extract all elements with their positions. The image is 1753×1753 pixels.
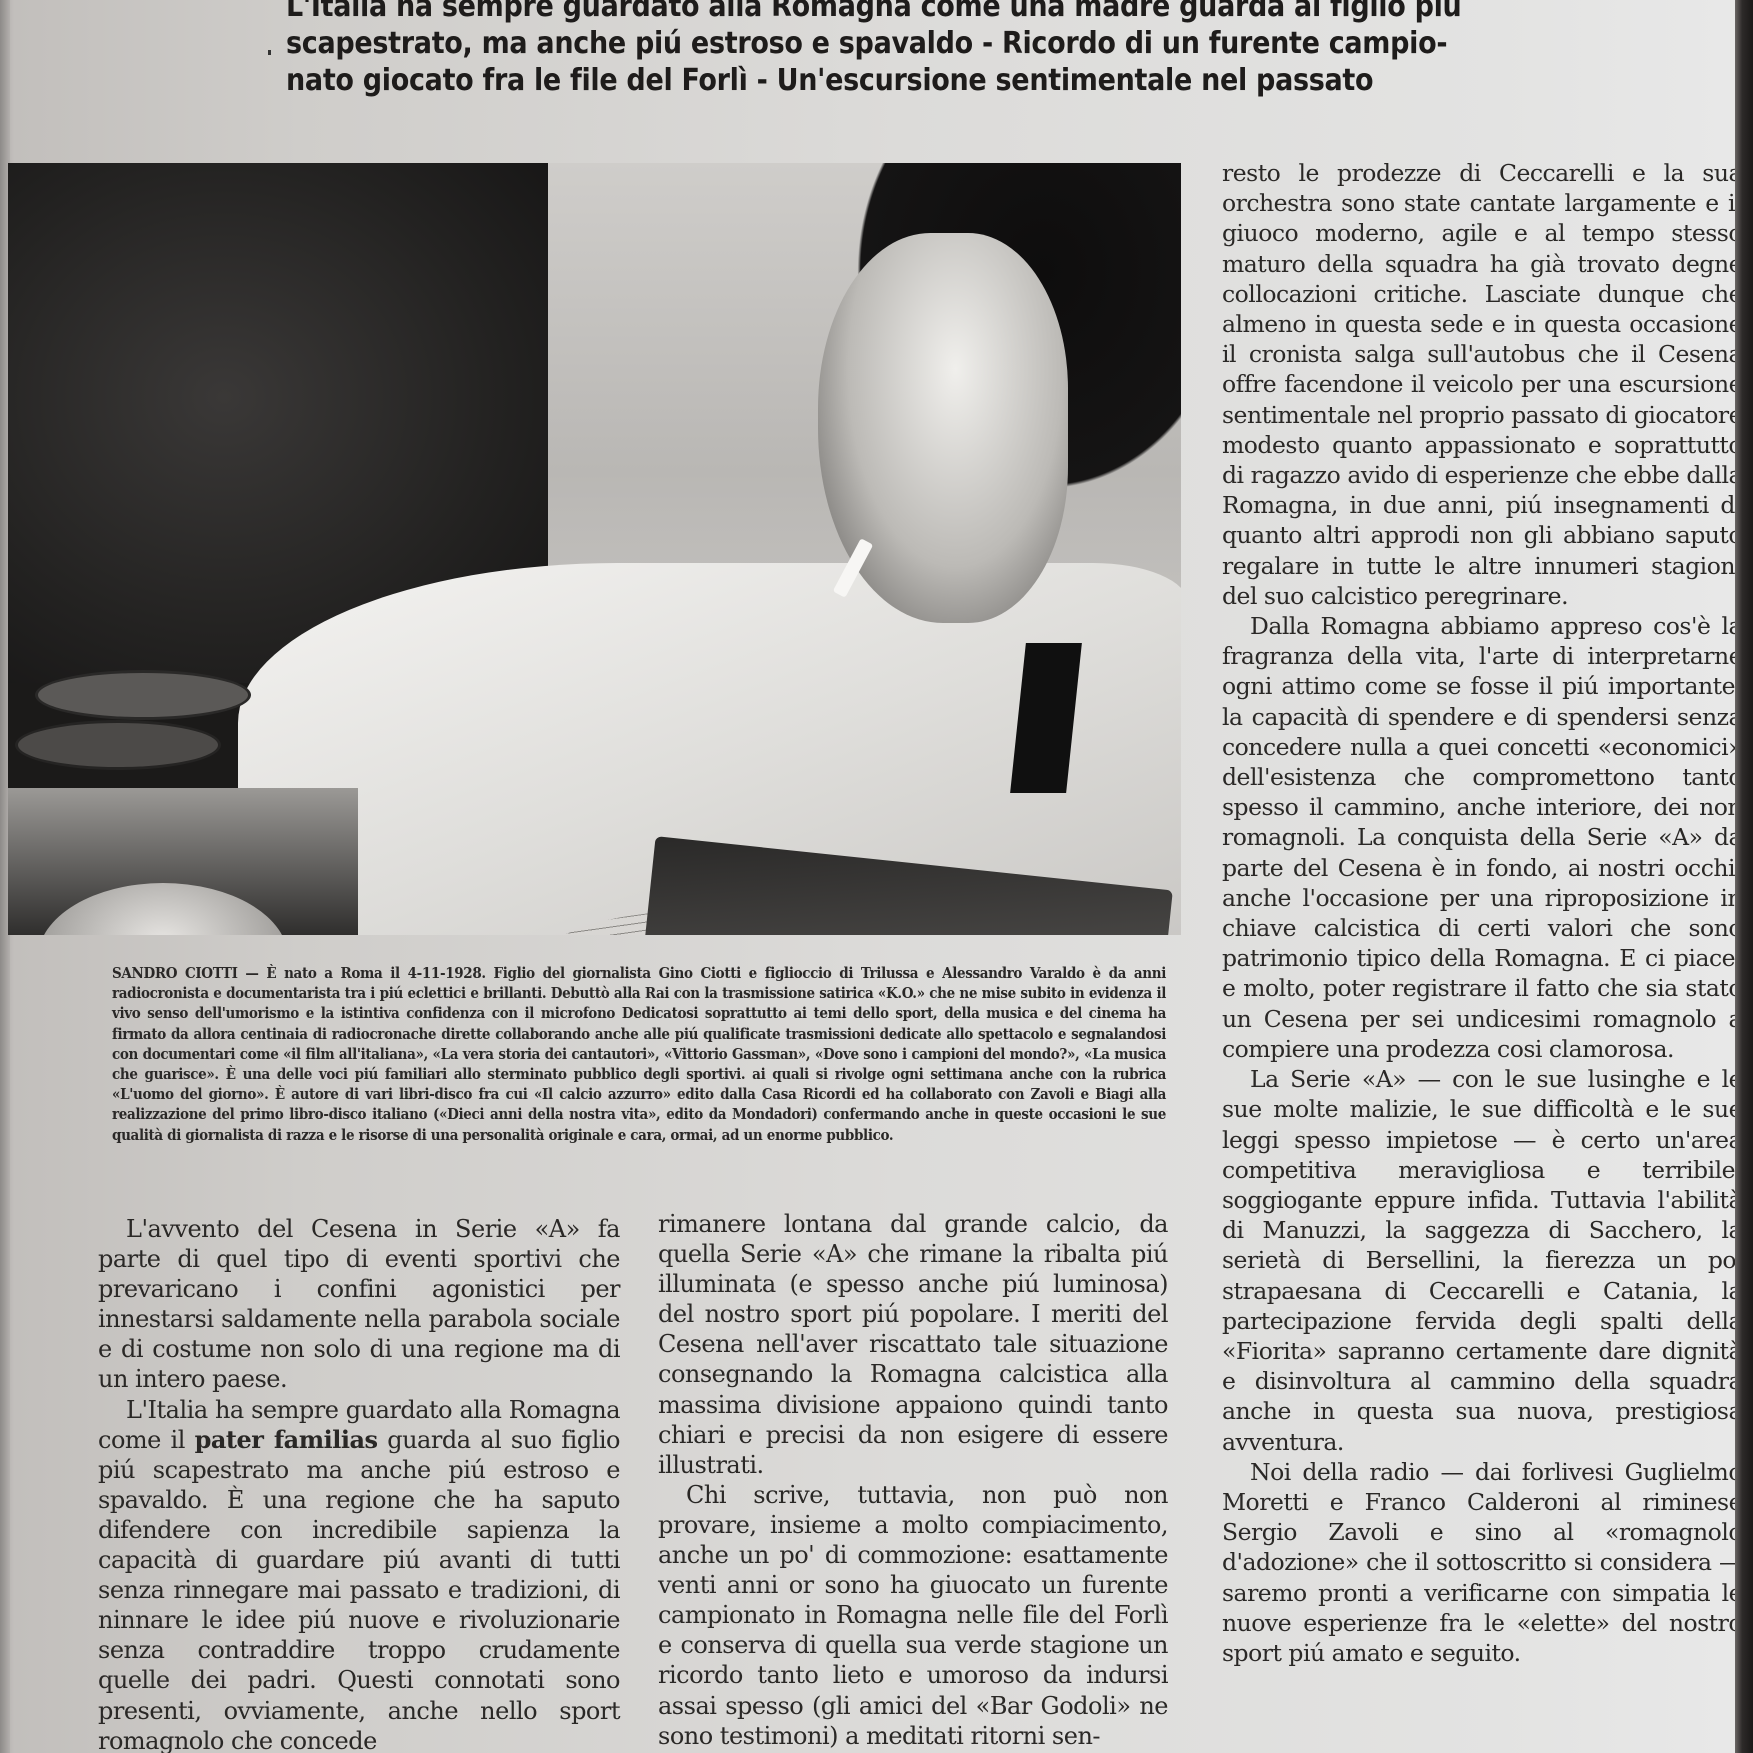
paragraph: Chi scrive, tuttavia, non può non provar… [658, 1480, 1168, 1751]
paragraph: Dalla Romagna abbiamo appreso cos'è la f… [1222, 611, 1742, 1064]
paragraph: resto le prodezze di Ceccarelli e la sua… [1222, 158, 1742, 611]
paragraph: Noi della radio — dai forlivesi Guglielm… [1222, 1457, 1742, 1668]
tape-reel-icon [18, 723, 218, 767]
article-column-2: rimanere lontana dal grande calcio, da q… [658, 1209, 1168, 1751]
paragraph-text: guarda al suo figlio piú scapestrato ma … [98, 1426, 620, 1753]
article-photo [8, 163, 1181, 935]
magazine-page: L'Italia ha sempre guardato alla Romagna… [0, 0, 1735, 1753]
caption-name: SANDRO CIOTTI [112, 964, 238, 982]
print-mark [268, 50, 271, 55]
paragraph: L'Italia ha sempre guardato alla Romagna… [98, 1395, 620, 1753]
photo-caption: SANDRO CIOTTI — È nato a Roma il 4-11-19… [112, 963, 1166, 1145]
article-column-1: L'avvento del Cesena in Serie «A» fa par… [98, 1214, 620, 1753]
tape-reel-icon [38, 673, 248, 717]
article-column-3: resto le prodezze di Ceccarelli e la sua… [1222, 158, 1742, 1668]
headline-line-2: scapestrato, ma anche piú estroso e spav… [286, 25, 1548, 62]
paragraph: rimanere lontana dal grande calcio, da q… [658, 1209, 1168, 1480]
paragraph: L'avvento del Cesena in Serie «A» fa par… [98, 1214, 620, 1395]
emphasis-pater-familias: pater familias [195, 1425, 378, 1454]
page-edge-shadow [1735, 0, 1753, 1753]
headline-line-1: L'Italia ha sempre guardato alla Romagna… [286, 0, 1548, 25]
caption-text: — È nato a Roma il 4-11-1928. Figlio del… [112, 964, 1166, 1144]
headline-line-3: nato giocato fra le file del Forlì - Un'… [286, 62, 1548, 99]
article-headline: L'Italia ha sempre guardato alla Romagna… [286, 0, 1548, 99]
paragraph: La Serie «A» — con le sue lusinghe e le … [1222, 1064, 1742, 1457]
